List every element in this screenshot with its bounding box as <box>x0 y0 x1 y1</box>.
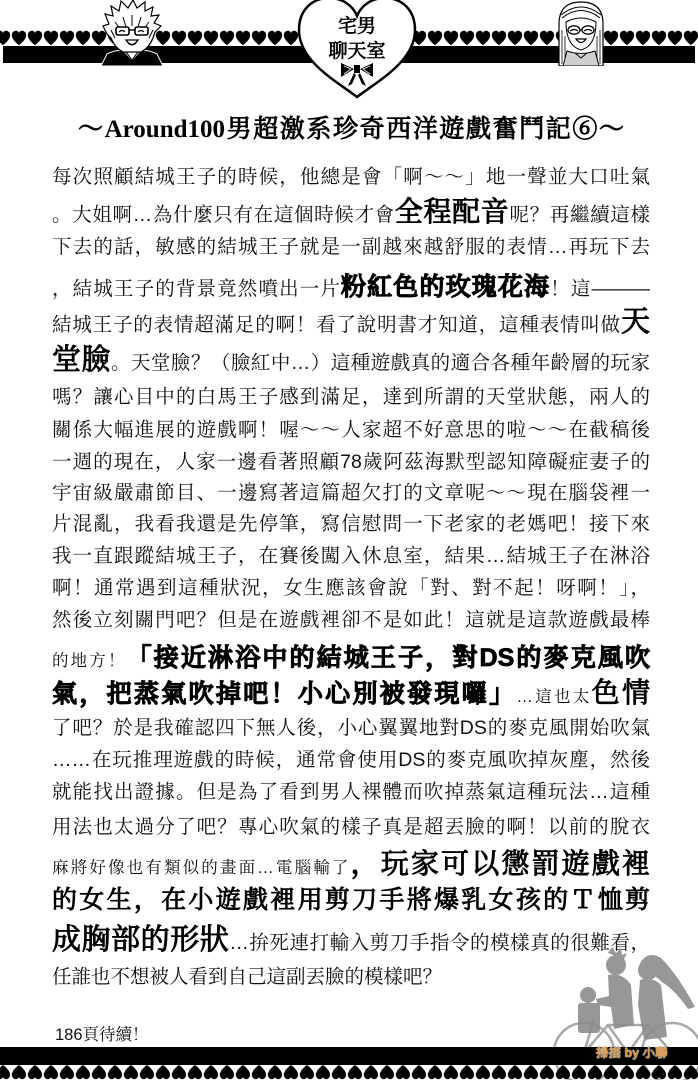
text-segment: 了吧？於是我確認四下無人後，小心翼翼地對DS的麥克風開始吹氣 <box>52 717 650 739</box>
text-segment: 片混亂，我看我還是先停筆，寫信慰問一下老家的老媽吧！接下來 <box>52 513 650 535</box>
emphasis-text: 「接近淋浴中的結城王子，對DS的麥克風吹 <box>127 644 650 672</box>
scanner-watermark: 掃描 by 小聯 <box>596 1045 668 1061</box>
emphasis-text: 粉紅色的玫瑰花海 <box>341 273 550 301</box>
text-segment: ，結城王子的背景竟然噴出一片 <box>52 278 341 300</box>
article-title: ～Around100男超激系珍奇西洋遊戲奮鬥記⑥～ <box>78 114 624 146</box>
continued-notice: 186頁待續！ <box>55 1025 149 1045</box>
text-line: 就能找出證據。但是為了看到男人裸體而吹掉蒸氣這種玩法…這種 <box>52 772 650 812</box>
text-segment: 嗎？讓心目中的白馬王子感到滿足，達到所謂的天堂狀態，兩人的 <box>52 386 650 408</box>
text-line: 然後立刻關門吧？但是在遊戲裡卻不是如此！這就是這款遊戲最棒 <box>52 600 650 640</box>
magazine-page: 宅男 聊天室 ～Around100男超激系珍奇西洋遊戲奮鬥記⑥～ 每次照顧結城王… <box>0 0 698 1080</box>
bottom-black-bar <box>0 1047 698 1065</box>
emphasis-text: 氣，把蒸氣吹掉吧！小心別被發現囉」 <box>52 680 516 708</box>
logo-line-2: 聊天室 <box>328 39 385 62</box>
emphasis-text: 全程配音 <box>395 196 510 227</box>
text-segment: ……在玩推理遊戲的時候，通常會使用DS的麥克風吹掉灰塵，然後 <box>52 749 650 771</box>
text-segment: 呢？再繼續這樣 <box>509 204 650 226</box>
text-segment: 的地方！ <box>52 652 127 670</box>
glasses-girl-mascot-icon <box>549 0 613 66</box>
text-segment: 用法也太過分了吧？專心吹氣的樣子真是超丟臉的啊！以前的脫衣 <box>52 816 650 838</box>
text-segment: 任誰也不想被人看到自己這副丟臉的模樣吧？ <box>52 966 442 988</box>
text-segment: 我一直跟蹤結城王子，在賽後闖入休息室，結果…結城王子在淋浴 <box>52 545 650 567</box>
text-line: 結城王子的表情超滿足的啊！看了說明書才知道，這種表情叫做天 <box>52 302 650 342</box>
text-line: 的女生，在小遊戲裡用剪刀手將爆乳女孩的Ｔ恤剪 <box>52 880 650 920</box>
text-segment: …這也太 <box>516 688 591 706</box>
emphasis-text: 色情 <box>592 677 650 708</box>
emphasis-text: ，玩家可以懲罰遊戲裡 <box>351 848 650 879</box>
text-segment: ！這——— <box>550 278 650 300</box>
text-line: 麻將好像也有類似的畫面…電腦輸了，玩家可以懲罰遊戲裡 <box>52 844 650 884</box>
glasses-boy-mascot-icon <box>97 0 167 66</box>
text-segment: 結城王子的表情超滿足的啊！看了說明書才知道，這種表情叫做 <box>52 314 621 336</box>
otaku-chatroom-logo: 宅男 聊天室 <box>296 0 418 100</box>
text-line: 每次照顧結城王子的時候，他總是會「啊～～」地一聲並大口吐氣 <box>52 157 650 197</box>
bottom-heart-band <box>0 1046 698 1080</box>
emphasis-text: 天 <box>621 306 650 338</box>
text-segment: 宇宙級嚴肅節目、一邊寫著這篇超欠打的文章呢～～現在腦袋裡一 <box>52 482 650 504</box>
text-line: 堂臉。天堂臉？（臉紅中…）這種遊戲真的適合各種年齡層的玩家 <box>52 340 650 380</box>
text-segment: 關係大幅進展的遊戲啊！喔～～人家超不好意思的啦～～在截稿後 <box>52 419 650 441</box>
text-line: 。大姐啊…為什麼只有在這個時候才會全程配音呢？再繼續這樣 <box>52 192 650 232</box>
text-segment: 就能找出證據。但是為了看到男人裸體而吹掉蒸氣這種玩法…這種 <box>52 781 650 803</box>
text-line: 下去的話，敏感的結城王子就是一副越來越舒服的表情…再玩下去 <box>52 227 650 267</box>
text-segment: 下去的話，敏感的結城王子就是一副越來越舒服的表情…再玩下去 <box>52 236 650 258</box>
emphasis-text: 堂臉 <box>52 344 111 376</box>
text-segment: 啊！通常遇到這種狀況，女生應該會說「對、對不起！呀啊！」， <box>52 577 650 599</box>
text-segment: 。天堂臉？（臉紅中…）這種遊戲真的適合各種年齡層的玩家 <box>111 352 650 374</box>
text-segment: 然後立刻關門吧？但是在遊戲裡卻不是如此！這就是這款遊戲最棒 <box>52 609 650 631</box>
emphasis-text: 成胸部的形狀 <box>52 924 229 956</box>
text-segment: 麻將好像也有類似的畫面…電腦輸了 <box>52 859 351 877</box>
text-segment: 每次照顧結城王子的時候，他總是會「啊～～」地一聲並大口吐氣 <box>52 166 650 188</box>
text-segment: 一週的現在，人家一邊看著照顧78歲阿茲海默型認知障礙症妻子的 <box>52 451 650 473</box>
emphasis-text: 的女生，在小遊戲裡用剪刀手將爆乳女孩的Ｔ恤剪 <box>52 886 650 914</box>
text-line: 氣，把蒸氣吹掉吧！小心別被發現囉」…這也太色情 <box>52 673 650 713</box>
text-line: ，結城王子的背景竟然噴出一片粉紅色的玫瑰花海！這——— <box>52 267 650 307</box>
text-segment: 。大姐啊…為什麼只有在這個時候才會 <box>52 204 395 226</box>
text-line: 的地方！「接近淋浴中的結城王子，對DS的麥克風吹 <box>52 638 650 678</box>
text-line: 用法也太過分了吧？專心吹氣的樣子真是超丟臉的啊！以前的脫衣 <box>52 807 650 847</box>
logo-line-1: 宅男 <box>338 15 376 37</box>
heart-row-icon <box>0 1065 698 1079</box>
